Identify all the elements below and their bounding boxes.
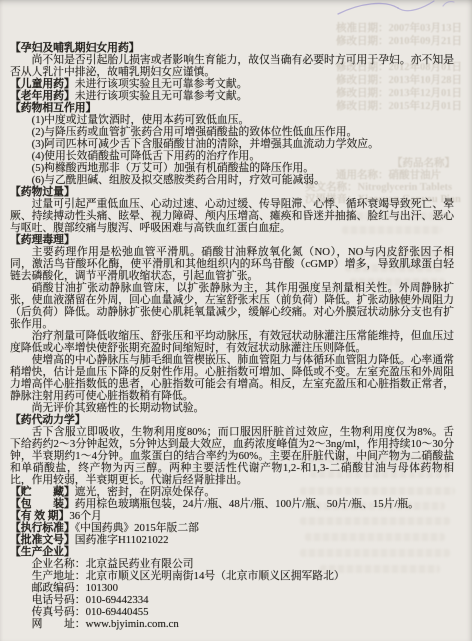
section-label: 【儿童用药】 <box>10 78 75 90</box>
doc-block-heading: 【药代动力学】 <box>10 414 454 426</box>
section-label: 【批准文号】 <box>10 534 75 546</box>
doc-block-item: (3)阿司匹林可减少舌下含服硝酸甘油的清除，并增强其血流动力学效应。 <box>10 138 454 150</box>
doc-block-heading: 【孕妇及哺乳期妇女用药】 <box>10 42 454 54</box>
doc-block-info: 电话号码：010-69442334 <box>10 594 454 606</box>
doc-block-labeled: 【儿童用药】未进行该项实验且无可靠参考文献。 <box>10 78 454 90</box>
section-text: 《中国药典》2015年版二部 <box>75 522 199 534</box>
doc-block-info: 邮政编码：101300 <box>10 582 454 594</box>
section-text: 国药准字H11021022 <box>75 534 169 546</box>
doc-block-item: (4)使用长效硝酸盐可降低舌下用药的治疗作用。 <box>10 150 454 162</box>
doc-block-info: 传真号码：010-69440455 <box>10 606 454 618</box>
section-text: 遮光，密封，在阴凉处保存。 <box>75 486 215 498</box>
doc-block-labeled: 【老年用药】未进行该项实验且无可靠参考文献。 <box>10 90 454 102</box>
doc-block-para: 治疗剂量可降低收缩压、舒张压和平均动脉压，有效冠状动脉灌注压常能维持，但血压过度… <box>10 330 454 354</box>
doc-block-heading: 【药物过量】 <box>10 186 454 198</box>
doc-block-item: (6)与乙酰胆碱、组胺及拟交感胺类药合用时，疗效可能减弱。 <box>10 174 454 186</box>
doc-block-para: 过量可引起严重低血压、心动过速、心动过缓、传导阻滞、心悸、循环衰竭导致死亡、晕厥… <box>10 198 454 234</box>
section-label: 【有 效 期】 <box>10 510 69 522</box>
doc-block-info: 生产地址：北京市顺义区光明南街14号（北京市顺义区拥军路北） <box>10 570 454 582</box>
doc-block-para: 主要药理作用是松弛血管平滑肌。硝酸甘油释放氧化氮（NO），NO与内皮舒张因子相同… <box>10 246 454 282</box>
doc-block-labeled: 【批准文号】国药准字H11021022 <box>10 534 454 546</box>
doc-block-para: 硝酸甘油扩张动静脉血管床，以扩张静脉为主，其作用强度呈剂量相关性。外周静脉扩张，… <box>10 282 454 330</box>
section-text: 36个月 <box>69 510 101 522</box>
insert-text-body: 【孕妇及哺乳期妇女用药】尚不知是否引起胎儿损害或者影响生育能力，故仅当确有必要时… <box>10 42 454 630</box>
doc-block-labeled: 【贮 藏】遮光，密封，在阴凉处保存。 <box>10 486 454 498</box>
section-label: 【老年用药】 <box>10 90 75 102</box>
section-label: 【包 装】 <box>10 498 75 510</box>
doc-block-para: 使增高的中心静脉压与肺毛细血管楔嵌压、肺血管阻力与体循环血管阻力降低。心率通常稍… <box>10 354 454 402</box>
section-text: 未进行该项实验且无可靠参考文献。 <box>75 78 248 90</box>
doc-block-labeled: 【执行标准】《中国药典》2015年版二部 <box>10 522 454 534</box>
section-label: 【贮 藏】 <box>10 486 75 498</box>
doc-block-info: 企业名称：北京益民药业有限公司 <box>10 558 454 570</box>
doc-block-para: 舌下含服立即吸收，生物利用度80%；而口服因肝脏首过效应，生物利用度仅为8%。舌… <box>10 426 454 486</box>
doc-block-para: 尚无评价其致癌性的长期动物试验。 <box>10 402 454 414</box>
doc-block-para: 尚不知是否引起胎儿损害或者影响生育能力，故仅当确有必要时方可用于孕妇。亦不知是否… <box>10 54 454 78</box>
doc-block-item: (2)与降压药或血管扩张药合用可增强硝酸盐的致体位性低血压作用。 <box>10 126 454 138</box>
doc-block-item: (5)枸橼酸西地那非（万艾可）加强有机硝酸盐的降压作用。 <box>10 162 454 174</box>
section-text: 未进行该项实验且无可靠参考文献。 <box>75 90 248 102</box>
doc-block-heading: 【生产企业】 <box>10 546 454 558</box>
doc-block-item: (1)中度或过量饮酒时，使用本药可致低血压。 <box>10 114 454 126</box>
section-text: 药用棕色玻璃瓶包装，24片/瓶、48片/瓶、100片/瓶、50片/瓶、15片/瓶… <box>75 498 419 510</box>
section-label: 【执行标准】 <box>10 522 75 534</box>
doc-block-labeled: 【有 效 期】36个月 <box>10 510 454 522</box>
scanned-drug-insert: { "page": { "paper_color": "#ebe8e3", "i… <box>0 0 472 641</box>
doc-block-labeled: 【包 装】药用棕色玻璃瓶包装，24片/瓶、48片/瓶、100片/瓶、50片/瓶、… <box>10 498 454 510</box>
doc-block-heading: 【药理毒理】 <box>10 234 454 246</box>
doc-block-info: 网 址：www.bjyimin.com.cn <box>10 618 454 630</box>
doc-block-heading: 【药物相互作用】 <box>10 102 454 114</box>
